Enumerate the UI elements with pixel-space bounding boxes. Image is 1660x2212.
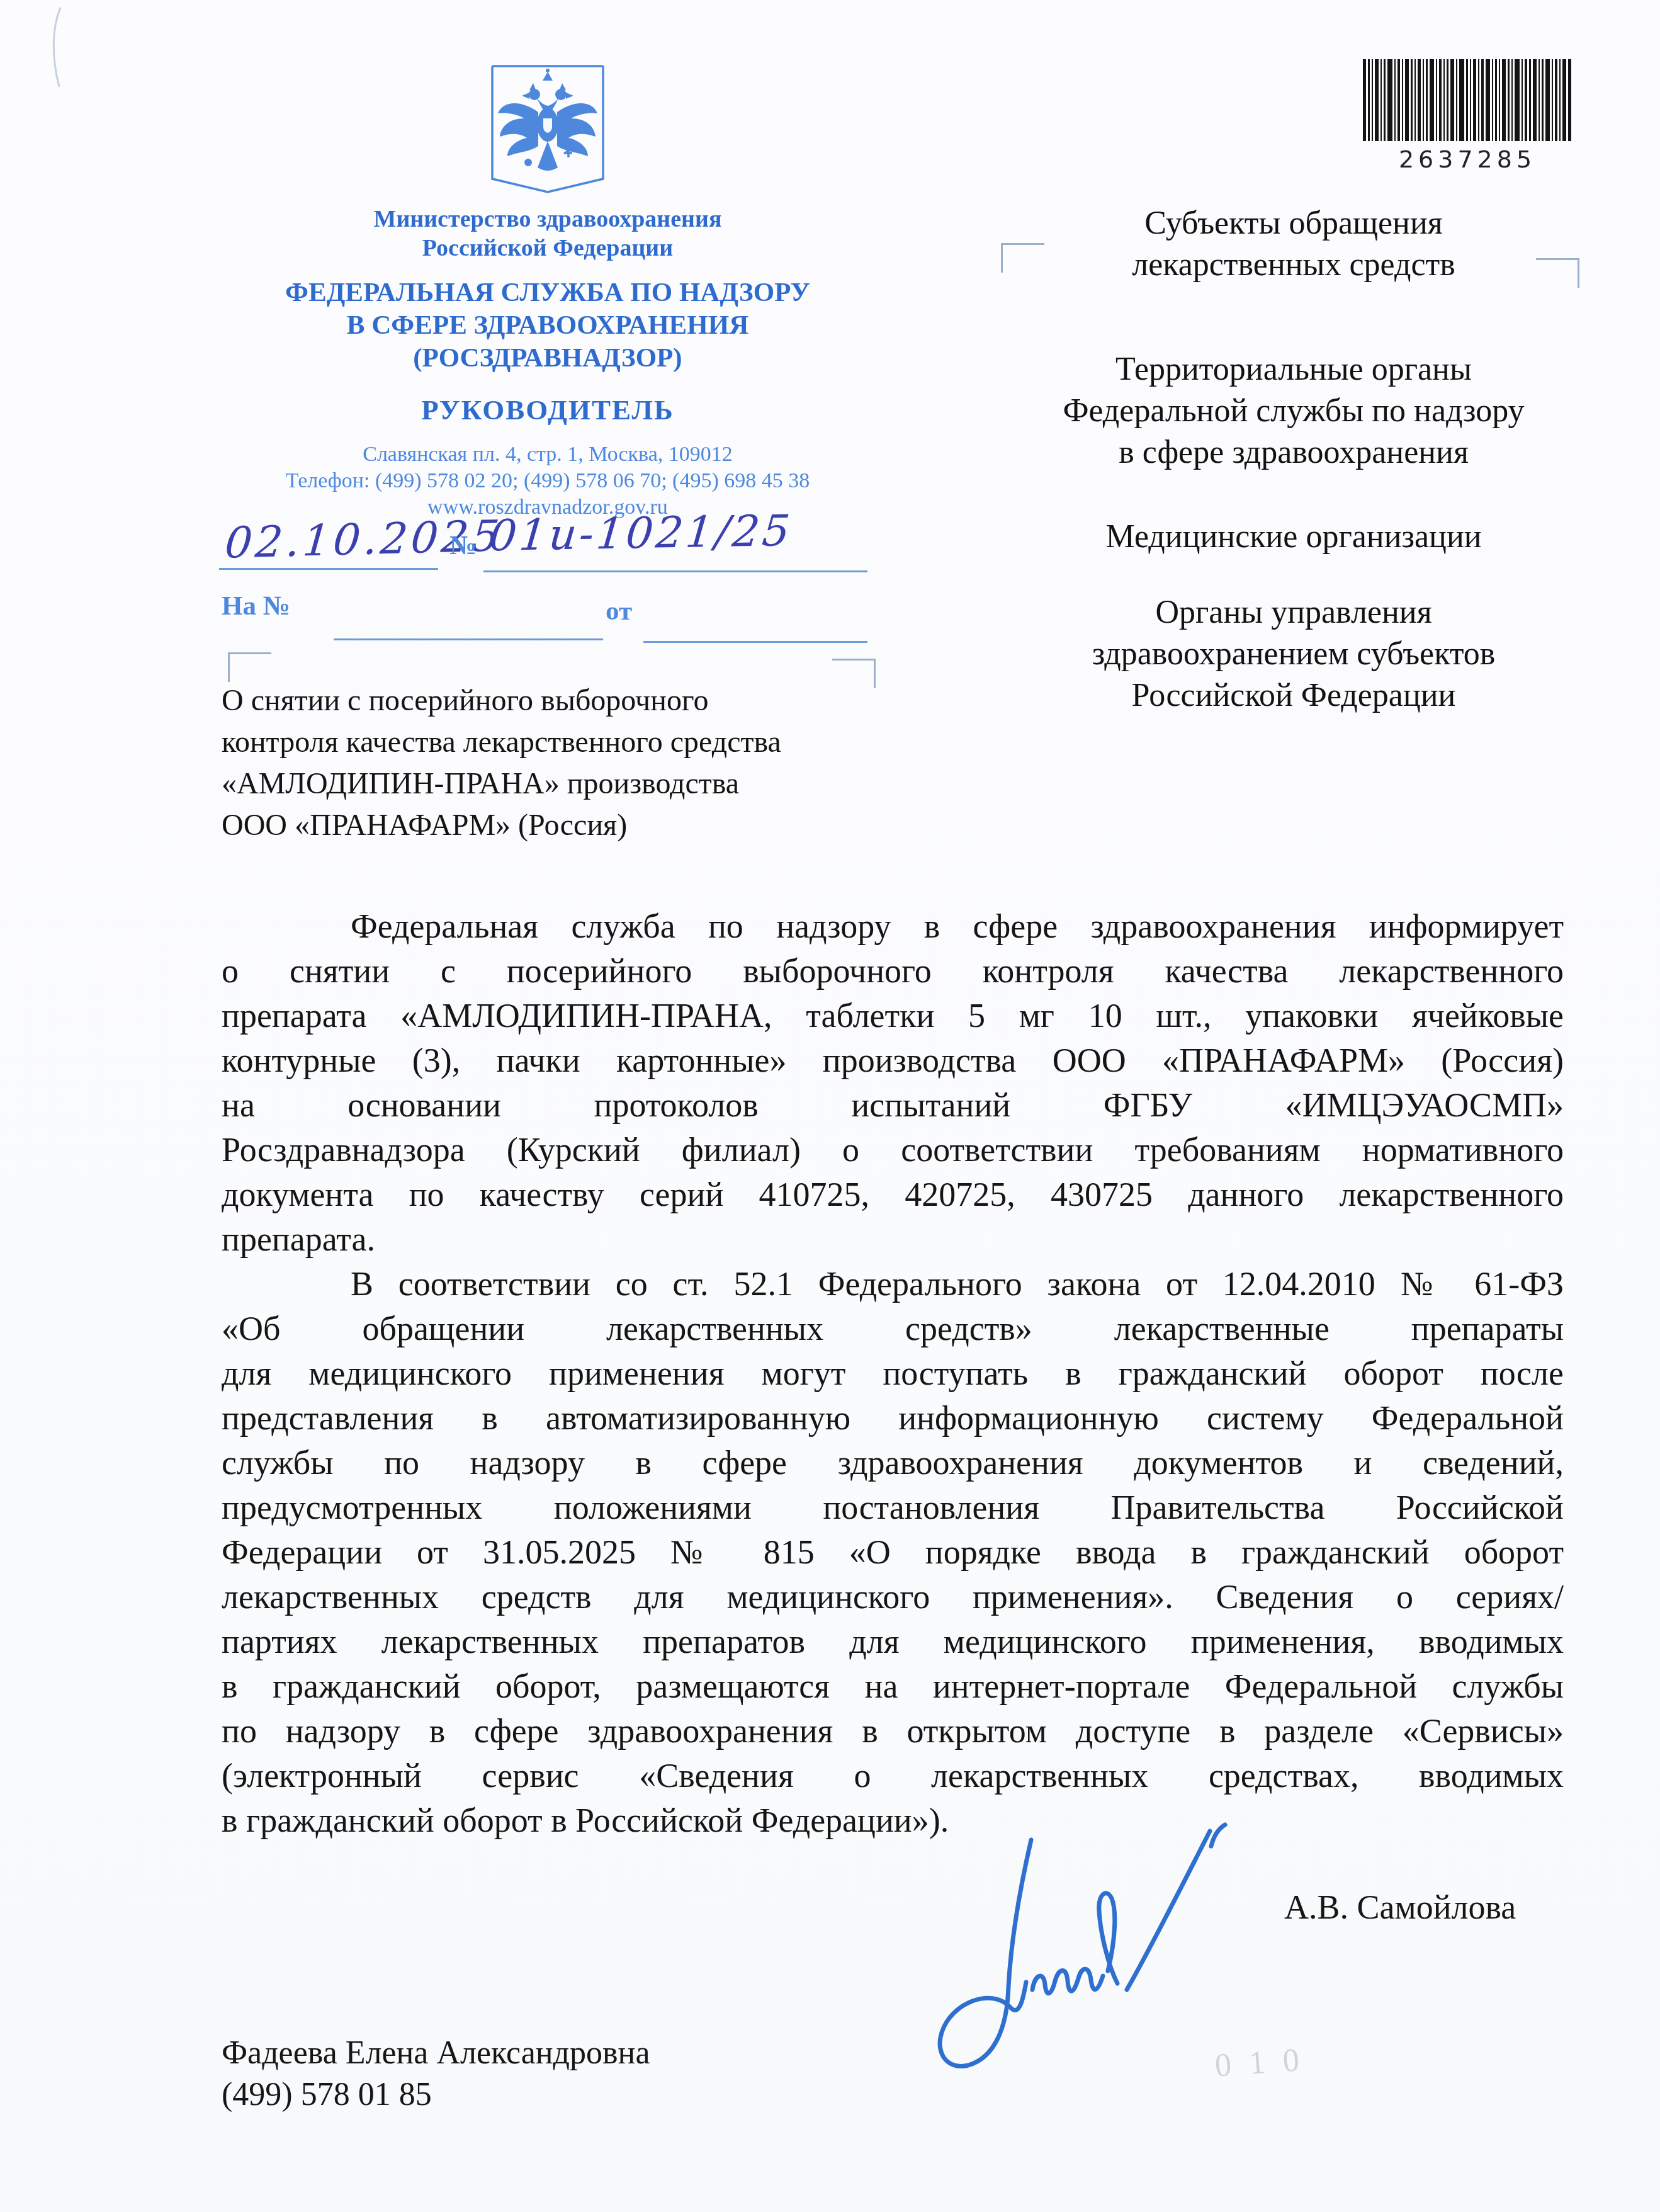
body-line: службы по надзору в сфере здравоохранени… xyxy=(222,1441,1564,1485)
subject-corner-mark-left xyxy=(228,652,271,682)
body-line: предусмотренных положениями постановлени… xyxy=(222,1485,1564,1530)
subject-line: «АМЛОДИПИН-ПРАНА» производства xyxy=(222,763,901,805)
addressee-line: лекарственных средств xyxy=(979,244,1608,286)
position-title: РУКОВОДИТЕЛЬ xyxy=(189,394,906,426)
addressee-line: здравоохранением субъектов xyxy=(979,633,1608,675)
addressee-block-territorial-bodies: Территориальные органы Федеральной служб… xyxy=(979,349,1608,474)
faint-bleedthrough-number: 010 xyxy=(1214,2040,1318,2084)
letter-body: Федеральная служба по надзору в сфере зд… xyxy=(222,904,1564,1843)
address-line: Славянская пл. 4, стр. 1, Москва, 109012 xyxy=(189,441,906,468)
addressee-line: Субъекты обращения xyxy=(979,203,1608,244)
addressee-block-health-authorities: Органы управления здравоохранением субъе… xyxy=(979,592,1608,717)
addressee-line: Медицинские организации xyxy=(979,516,1608,558)
addressee-block-subjects: Субъекты обращения лекарственных средств xyxy=(979,203,1608,286)
barcode: 2637285 xyxy=(1362,59,1573,173)
date-underline xyxy=(219,568,438,570)
executor-contact: Фадеева Елена Александровна (499) 578 01… xyxy=(222,2033,650,2116)
body-line: препарата. xyxy=(222,1217,1564,1262)
reply-to-number-label: На № xyxy=(222,591,290,621)
addressee-line: в сфере здравоохранения xyxy=(979,432,1608,474)
body-line: препарата «АМЛОДИПИН-ПРАНА, таблетки 5 м… xyxy=(222,994,1564,1038)
contact-name: Фадеева Елена Александровна xyxy=(222,2033,650,2074)
body-line: по надзору в сфере здравоохранения в отк… xyxy=(222,1709,1564,1754)
body-line: Федеральная служба по надзору в сфере зд… xyxy=(222,904,1564,949)
body-line: для медицинского применения могут поступ… xyxy=(222,1351,1564,1396)
number-underline xyxy=(483,570,867,572)
body-line: документа по качеству серий 410725, 4207… xyxy=(222,1172,1564,1217)
service-name-line-3: (РОСЗДРАВНАДЗОР) xyxy=(189,342,906,375)
subject-line: контроля качества лекарственного средств… xyxy=(222,722,901,763)
body-line: лекарственных средств для медицинского п… xyxy=(222,1575,1564,1619)
subject-line: ООО «ПРАНАФАРМ» (Россия) xyxy=(222,805,901,846)
handwritten-outgoing-number: 01и-1021/25 xyxy=(487,506,794,561)
reply-date-underline xyxy=(643,641,867,643)
contact-phone: (499) 578 01 85 xyxy=(222,2074,650,2116)
reply-from-date-label: от xyxy=(606,596,632,627)
ministry-line-2: Российской Федерации xyxy=(189,234,906,263)
double-headed-eagle-icon xyxy=(488,62,607,195)
service-name-line-1: ФЕДЕРАЛЬНАЯ СЛУЖБА ПО НАДЗОРУ xyxy=(189,276,906,309)
body-line: контурные (3), пачки картонные» производ… xyxy=(222,1038,1564,1083)
addressee-line: Территориальные органы xyxy=(979,349,1608,390)
number-sign-label: № xyxy=(449,530,477,561)
reply-number-underline xyxy=(334,638,603,640)
body-line: «Об обращении лекарственных средств» лек… xyxy=(222,1307,1564,1351)
addressee-line: Органы управления xyxy=(979,592,1608,633)
body-line: на основании протоколов испытаний ФГБУ «… xyxy=(222,1083,1564,1128)
body-line: Федерации от 31.05.2025 № 815 «О порядке… xyxy=(222,1530,1564,1575)
body-line: о снятии с посерийного выборочного контр… xyxy=(222,949,1564,994)
service-name-line-2: В СФЕРЕ ЗДРАВООХРАНЕНИЯ xyxy=(189,309,906,342)
addressee-block-medical-organizations: Медицинские организации xyxy=(979,516,1608,558)
handwritten-signature xyxy=(900,1782,1253,2072)
scan-pen-mark-artifact xyxy=(33,4,77,92)
letterhead: Министерство здравоохранения Российской … xyxy=(189,62,906,521)
coat-of-arms-emblem xyxy=(488,62,607,198)
phone-line: Телефон: (499) 578 02 20; (499) 578 06 7… xyxy=(189,468,906,494)
body-line: в гражданский оборот в Российской Федера… xyxy=(222,1798,1564,1843)
body-line: представления в автоматизированную инфор… xyxy=(222,1396,1564,1441)
ministry-line-1: Министерство здравоохранения xyxy=(189,205,906,234)
body-line: (электронный сервис «Сведения о лекарств… xyxy=(222,1754,1564,1798)
barcode-bars-icon xyxy=(1363,59,1572,141)
body-line: В соответствии со ст. 52.1 Федерального … xyxy=(222,1262,1564,1307)
subject-line: О снятии с посерийного выборочного xyxy=(222,680,901,722)
scanned-letter-page: 2637285 xyxy=(0,0,1660,2212)
addressee-line: Российской Федерации xyxy=(979,675,1608,717)
subject-block: О снятии с посерийного выборочного контр… xyxy=(222,680,901,846)
barcode-number: 2637285 xyxy=(1362,145,1573,173)
signatory-name: А.В. Самойлова xyxy=(1284,1888,1516,1927)
body-line: в гражданский оборот, размещаются на инт… xyxy=(222,1664,1564,1709)
body-line: Росздравнадзора (Курский филиал) о соотв… xyxy=(222,1128,1564,1172)
addressee-line: Федеральной службы по надзору xyxy=(979,390,1608,432)
body-line: партиях лекарственных препаратов для мед… xyxy=(222,1619,1564,1664)
